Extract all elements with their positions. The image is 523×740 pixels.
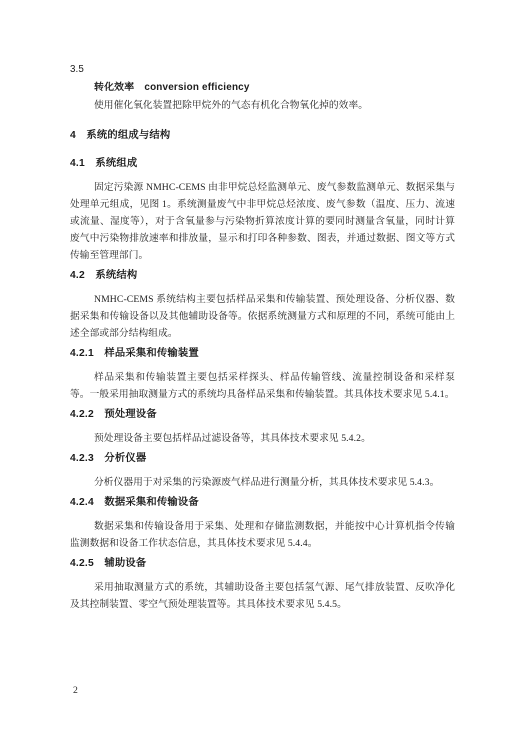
paragraph-4-1: 固定污染源 NMHC-CEMS 由非甲烷总烃监测单元、废气参数监测单元、数据采集… <box>70 179 455 264</box>
section-heading-4-2-2: 4.2.2 预处理设备 <box>70 406 455 423</box>
paragraph-4-2-3: 分析仪器用于对采集的污染源废气样品进行测量分析，其具体技术要求见 5.4.3。 <box>70 474 455 491</box>
section-heading-4-2-5: 4.2.5 辅助设备 <box>70 555 455 572</box>
paragraph-4-2: NMHC-CEMS 系统结构主要包括样品采集和传输装置、预处理设备、分析仪器、数… <box>70 291 455 342</box>
paragraph-4-2-4: 数据采集和传输设备用于采集、处理和存储监测数据，并能按中心计算机指令传输监测数据… <box>70 518 455 552</box>
section-heading-4-2-4: 4.2.4 数据采集和传输设备 <box>70 494 455 511</box>
section-heading-4-1: 4.1 系统组成 <box>70 155 455 172</box>
document-content: 3.5 转化效率 conversion efficiency 使用催化氧化装置把… <box>70 61 455 613</box>
section-heading-4-2-3: 4.2.3 分析仪器 <box>70 450 455 467</box>
term-heading-conversion-efficiency: 转化效率 conversion efficiency <box>70 79 455 96</box>
term-number-3-5: 3.5 <box>70 61 455 78</box>
term-definition-3-5: 使用催化氧化装置把除甲烷外的气态有机化合物氧化掉的效率。 <box>70 97 455 114</box>
section-heading-4-2-1: 4.2.1 样品采集和传输装置 <box>70 345 455 362</box>
document-page: 3.5 转化效率 conversion efficiency 使用催化氧化装置把… <box>0 0 523 740</box>
paragraph-4-2-5: 采用抽取测量方式的系统，其辅助设备主要包括氢气源、尾气排放装置、反吹净化及其控制… <box>70 579 455 613</box>
page-number: 2 <box>73 684 78 698</box>
section-heading-4: 4 系统的组成与结构 <box>70 127 455 144</box>
section-heading-4-2: 4.2 系统结构 <box>70 267 455 284</box>
paragraph-4-2-2: 预处理设备主要包括样品过滤设备等，其具体技术要求见 5.4.2。 <box>70 430 455 447</box>
paragraph-4-2-1: 样品采集和传输装置主要包括采样探头、样品传输管线、流量控制设备和采样泵等。一般采… <box>70 369 455 403</box>
